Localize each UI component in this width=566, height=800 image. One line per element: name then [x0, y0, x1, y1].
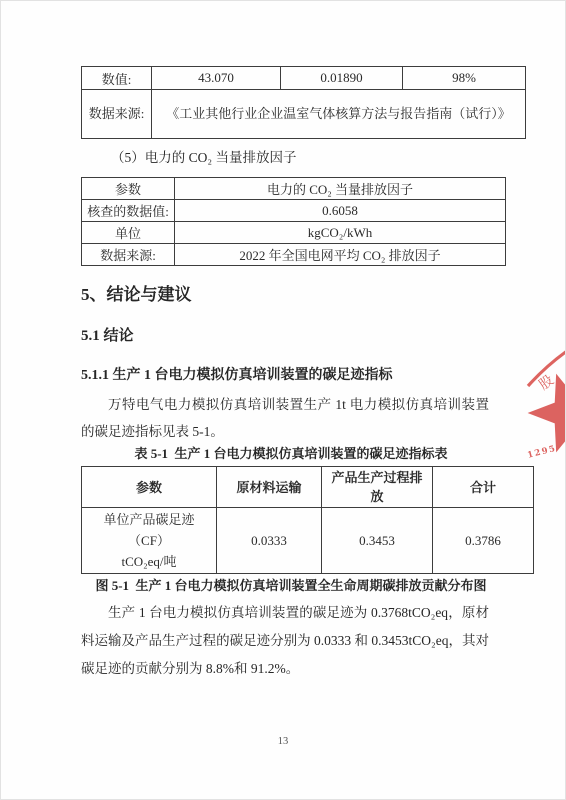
table-header-row: 参数 原材料运输 产品生产过程排放 合计: [82, 467, 534, 508]
value-cell: 0.3453: [322, 508, 433, 574]
subsubsection-heading: 5.1.1 生产 1 台电力模拟仿真培训装置的碳足迹指标: [81, 366, 565, 386]
table-row: 核查的数据值: 0.6058: [82, 200, 506, 222]
fuel-parameters-table: 数值: 43.070 0.01890 98% 数据来源: 《工业其他行业企业温室…: [81, 66, 526, 139]
electricity-factor-table: 参数 电力的 CO₂ 当量排放因子 核查的数据值: 0.6058 单位 kgCO…: [81, 177, 506, 266]
row-label-cell: 数据来源:: [82, 90, 152, 139]
header-cell: 原材料运输: [217, 467, 322, 508]
value-cell: 0.01890: [281, 67, 403, 90]
table-5-1-caption: 表 5-1 生产 1 台电力模拟仿真培训装置的碳足迹指标表: [81, 445, 501, 463]
value-cell: 电力的 CO₂ 当量排放因子: [175, 178, 506, 200]
row-label-cell: 单位产品碳足迹（CF） tCO₂eq/吨: [82, 508, 217, 574]
header-cell: 参数: [82, 467, 217, 508]
value-cell: 0.6058: [175, 200, 506, 222]
row-label-cell: 参数: [82, 178, 175, 200]
data-source-cell: 《工业其他行业企业温室气体核算方法与报告指南（试行）》: [152, 90, 526, 139]
row-label-cell: 数据来源:: [82, 244, 175, 266]
table-row: 数据来源: 2022 年全国电网平均 CO₂ 排放因子: [82, 244, 506, 266]
page-number: 13: [1, 736, 565, 747]
row-label-cell: 核查的数据值:: [82, 200, 175, 222]
header-cell: 产品生产过程排放: [322, 467, 433, 508]
value-cell: 43.070: [152, 67, 281, 90]
value-cell: 0.0333: [217, 508, 322, 574]
row-label-cell: 数值:: [82, 67, 152, 90]
value-cell: 98%: [403, 67, 526, 90]
table-row: 参数 电力的 CO₂ 当量排放因子: [82, 178, 506, 200]
section-heading: 5、结论与建议: [81, 284, 565, 306]
row-label-cell: 单位: [82, 222, 175, 244]
seal-graphic: 股 1295: [499, 349, 565, 474]
official-seal-stamp: 股 1295: [499, 349, 565, 474]
item-5-heading: （5）电力的 CO₂ 当量排放因子: [81, 148, 489, 168]
footprint-indicator-table: 参数 原材料运输 产品生产过程排放 合计 单位产品碳足迹（CF） tCO₂eq/…: [81, 466, 534, 574]
value-cell: 2022 年全国电网平均 CO₂ 排放因子: [175, 244, 506, 266]
value-cell: kgCO₂/kWh: [175, 222, 506, 244]
row-label-line1: 单位产品碳足迹（CF）: [86, 509, 212, 551]
document-page: 数值: 43.070 0.01890 98% 数据来源: 《工业其他行业企业温室…: [0, 0, 566, 800]
table-row: 单位 kgCO₂/kWh: [82, 222, 506, 244]
seal-serial-digits: 1295: [526, 444, 557, 461]
value-cell: 0.3786: [433, 508, 534, 574]
subsection-heading: 5.1 结论: [81, 326, 565, 346]
table-row: 数据来源: 《工业其他行业企业温室气体核算方法与报告指南（试行）》: [82, 90, 526, 139]
table-row: 数值: 43.070 0.01890 98%: [82, 67, 526, 90]
table-row: 单位产品碳足迹（CF） tCO₂eq/吨 0.0333 0.3453 0.378…: [82, 508, 534, 574]
figure-5-1-caption: 图 5-1 生产 1 台电力模拟仿真培训装置全生命周期碳排放贡献分布图: [81, 577, 501, 595]
page-content: 数值: 43.070 0.01890 98% 数据来源: 《工业其他行业企业温室…: [1, 1, 565, 683]
paragraph: 万特电气电力模拟仿真培训装置生产 1t 电力模拟仿真培训装置的碳足迹指标见表 5…: [81, 391, 489, 445]
row-label-line2: tCO₂eq/吨: [86, 551, 212, 572]
paragraph: 生产 1 台电力模拟仿真培训装置的碳足迹为 0.3768tCO₂eq，原材料运输…: [81, 599, 489, 683]
